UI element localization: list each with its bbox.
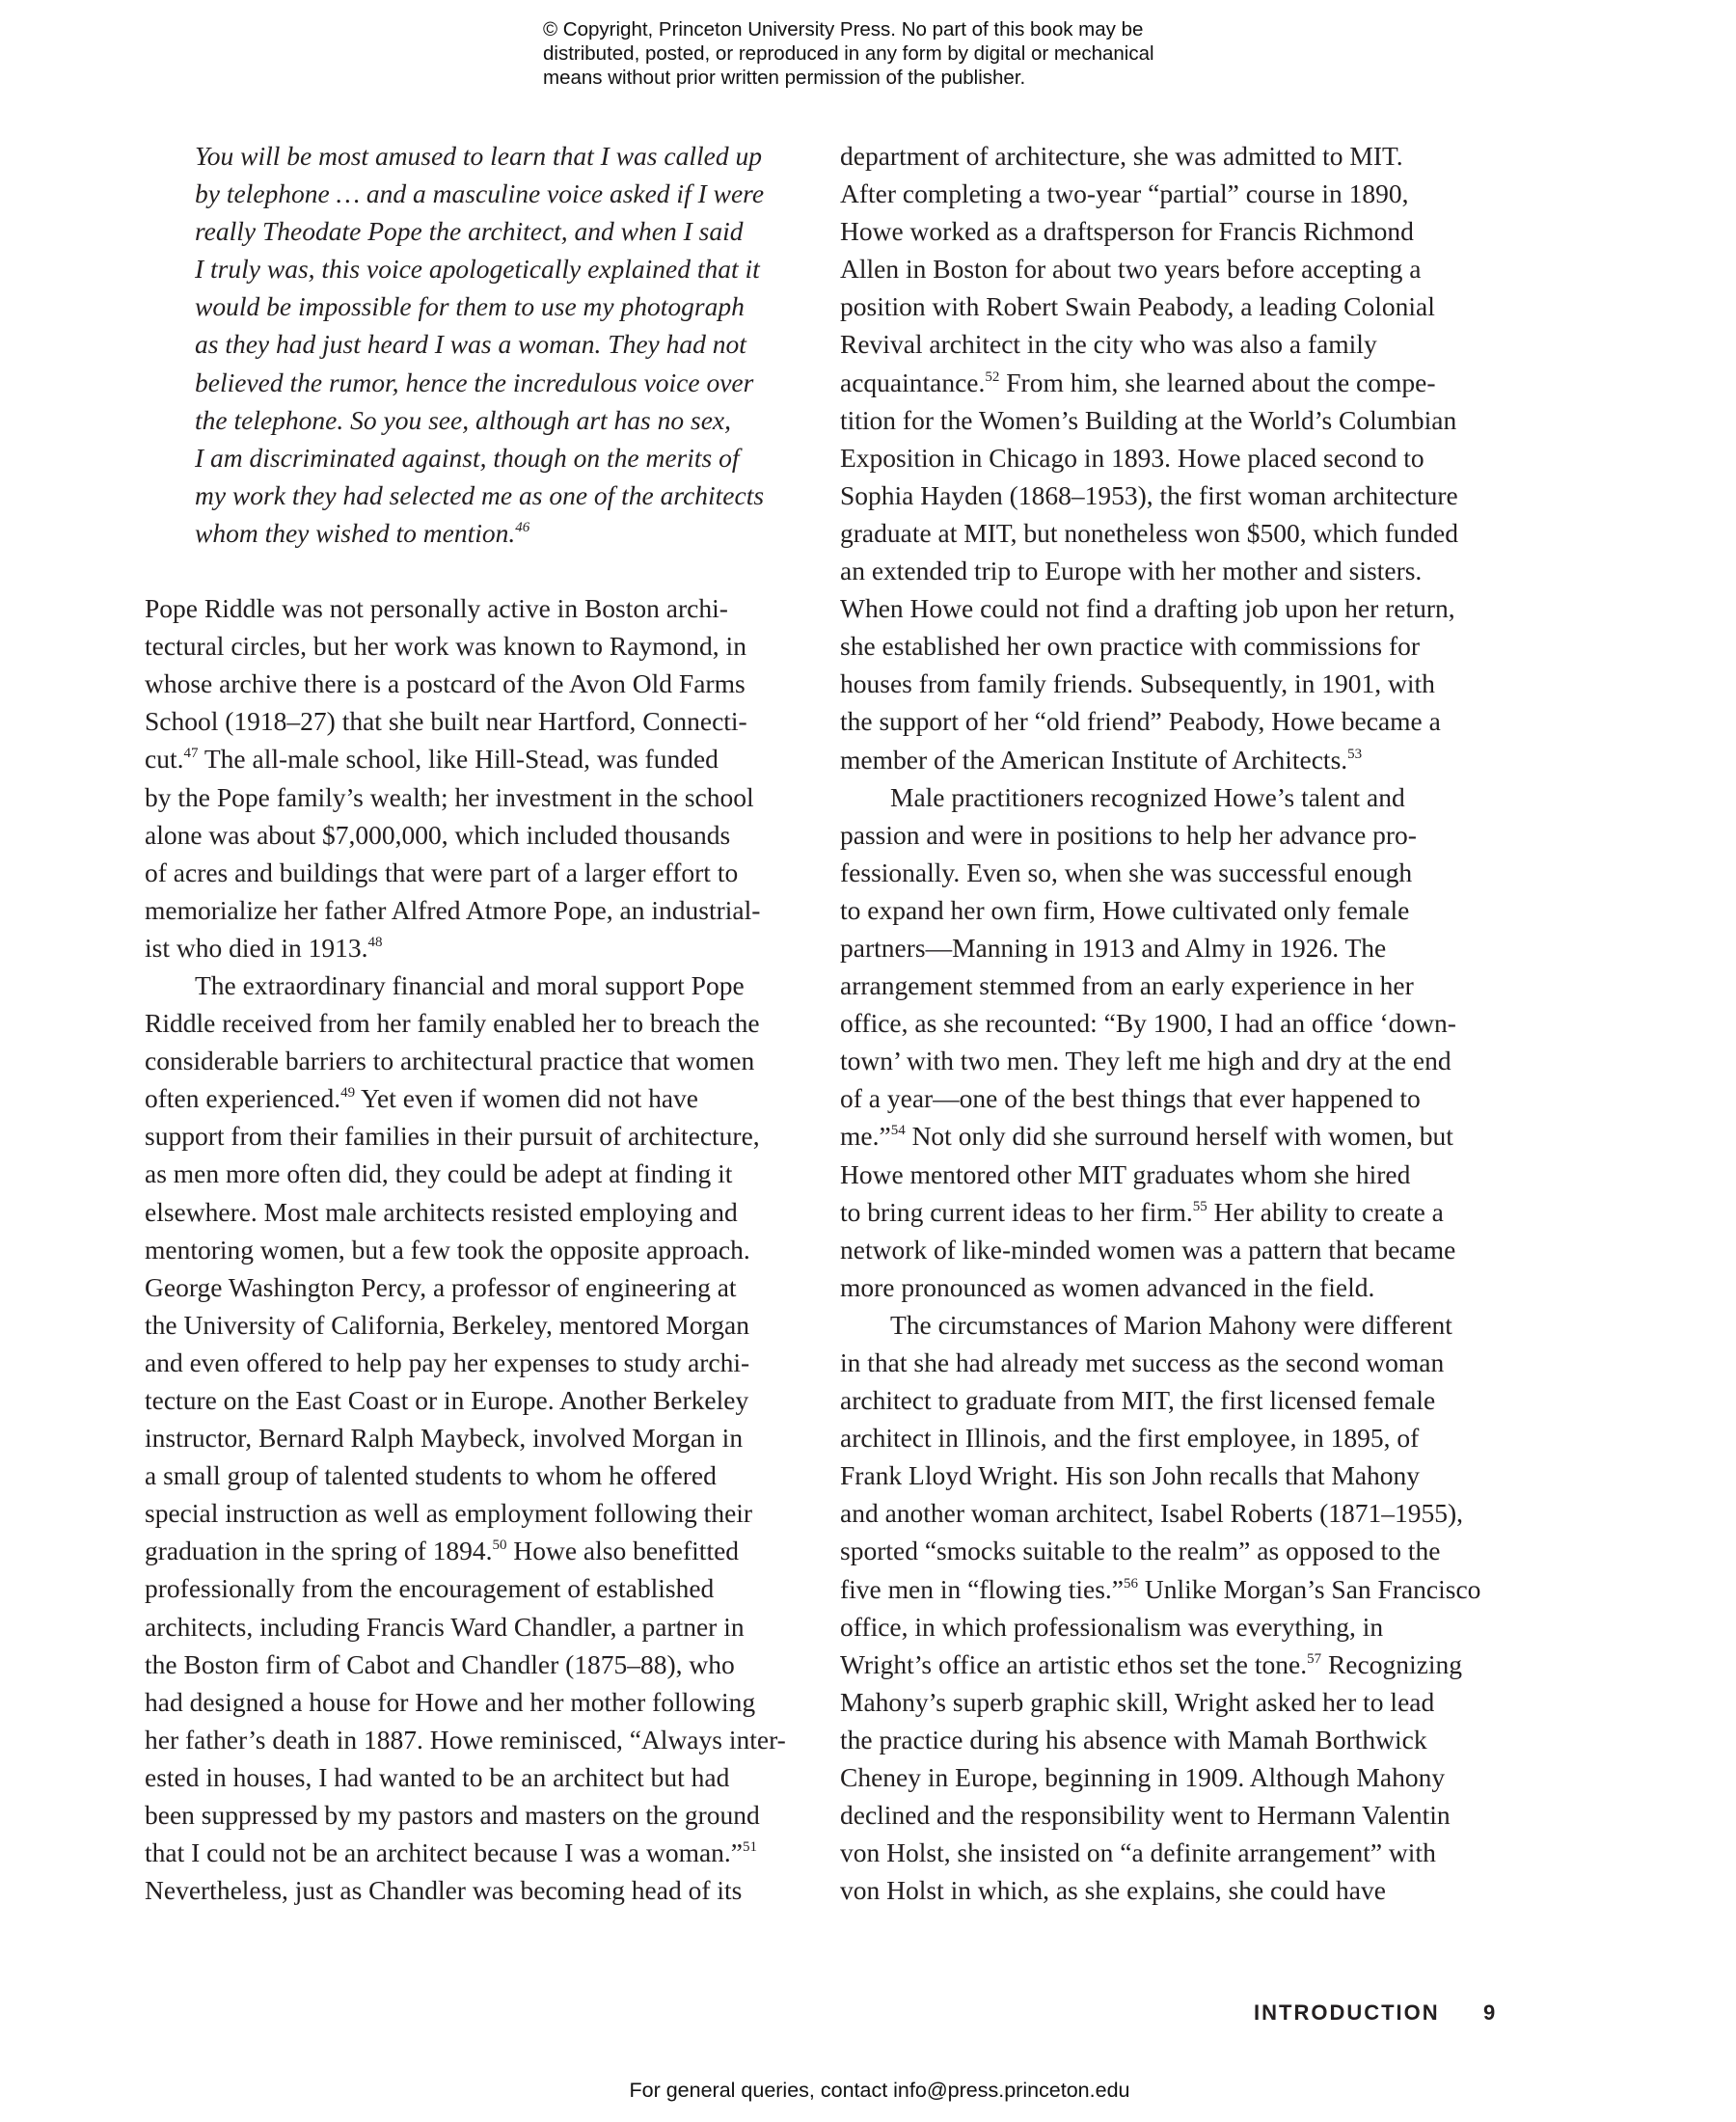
text-line: the support of her “old friend” Peabody,… [840, 702, 1515, 740]
footnote-ref: 51 [743, 1839, 757, 1855]
text-line: mentoring women, but a few took the oppo… [145, 1231, 810, 1268]
text-line: as men more often did, they could be ade… [145, 1155, 810, 1192]
text-line: the practice during his absence with Mam… [840, 1721, 1515, 1758]
paragraph: Male practitioners recognized Howe’s tal… [840, 778, 1515, 1306]
footnote-ref: 53 [1347, 747, 1362, 762]
contact-text: For general queries, contact info@press.… [629, 2079, 1129, 2102]
text-segment: ist who died in 1913. [145, 933, 367, 963]
text-line: to bring current ideas to her firm.55 He… [840, 1193, 1515, 1231]
text-line: professionally from the encouragement of… [145, 1569, 810, 1607]
text-line: instructor, Bernard Ralph Maybeck, invol… [145, 1419, 810, 1456]
text-line: partners—Manning in 1913 and Almy in 192… [840, 929, 1515, 966]
text-line: position with Robert Swain Peabody, a le… [840, 287, 1515, 325]
text-line: von Holst in which, as she explains, she… [840, 1871, 1515, 1909]
text-segment: that I could not be an architect because… [145, 1837, 743, 1867]
text-line: Howe mentored other MIT graduates whom s… [840, 1156, 1515, 1193]
text-line: fessionally. Even so, when she was succe… [840, 854, 1515, 891]
text-line: alone was about $7,000,000, which includ… [145, 816, 810, 854]
text-line: architects, including Francis Ward Chand… [145, 1608, 810, 1646]
text-line: the University of California, Berkeley, … [145, 1306, 810, 1344]
text-line: graduation in the spring of 1894.50 Howe… [145, 1532, 810, 1569]
quote-line: I am discriminated against, though on th… [195, 439, 810, 476]
text-line: me.”54 Not only did she surround herself… [840, 1117, 1515, 1155]
contact-notice: For general queries, contact info@press.… [0, 2079, 1736, 2103]
text-segment: to bring current ideas to her firm. [840, 1197, 1193, 1227]
footnote-ref: 54 [891, 1123, 906, 1138]
text-line: Revival architect in the city who was al… [840, 325, 1515, 363]
text-line: to expand her own firm, Howe cultivated … [840, 891, 1515, 929]
text-line: and even offered to help pay her expense… [145, 1344, 810, 1381]
copyright-notice: © Copyright, Princeton University Press.… [543, 17, 1276, 90]
paragraph: The extraordinary financial and moral su… [145, 966, 810, 1909]
text-line: member of the American Institute of Arch… [840, 741, 1515, 778]
text-line: considerable barriers to architectural p… [145, 1042, 810, 1079]
text-line: had designed a house for Howe and her mo… [145, 1683, 810, 1721]
text-line: an extended trip to Europe with her moth… [840, 552, 1515, 589]
copyright-line: distributed, posted, or reproduced in an… [543, 41, 1276, 66]
text-line: of a year—one of the best things that ev… [840, 1079, 1515, 1117]
copyright-line: means without prior written permission o… [543, 66, 1276, 90]
text-segment: acquaintance. [840, 367, 985, 397]
quote-line: I truly was, this voice apologetically e… [195, 250, 810, 287]
text-line: architect to graduate from MIT, the firs… [840, 1381, 1515, 1419]
text-line: Pope Riddle was not personally active in… [145, 589, 810, 627]
text-line: School (1918–27) that she built near Har… [145, 702, 810, 740]
text-line: Male practitioners recognized Howe’s tal… [840, 778, 1515, 816]
block-quote: You will be most amused to learn that I … [145, 137, 810, 552]
text-line: and another woman architect, Isabel Robe… [840, 1494, 1515, 1532]
text-line: After completing a two-year “partial” co… [840, 175, 1515, 212]
text-line: Mahony’s superb graphic skill, Wright as… [840, 1683, 1515, 1721]
left-column-body: Pope Riddle was not personally active in… [145, 589, 810, 1909]
paragraph: Pope Riddle was not personally active in… [145, 589, 810, 966]
text-line: sported “smocks suitable to the realm” a… [840, 1532, 1515, 1569]
footnote-ref: 50 [493, 1537, 507, 1553]
footnote-ref: 52 [985, 369, 999, 385]
text-segment: often experienced. [145, 1083, 340, 1113]
text-line: tecture on the East Coast or in Europe. … [145, 1381, 810, 1419]
text-line: been suppressed by my pastors and master… [145, 1796, 810, 1834]
quote-spacer [145, 552, 810, 589]
text-line: in that she had already met success as t… [840, 1344, 1515, 1381]
paragraph: The circumstances of Marion Mahony were … [840, 1306, 1515, 1910]
text-line: more pronounced as women advanced in the… [840, 1268, 1515, 1306]
text-line: architect in Illinois, and the first emp… [840, 1419, 1515, 1456]
quote-line: whom they wished to mention.46 [195, 514, 810, 552]
text-line: tition for the Women’s Building at the W… [840, 401, 1515, 439]
quote-line: would be impossible for them to use my p… [195, 287, 810, 325]
text-line: five men in “flowing ties.”56 Unlike Mor… [840, 1570, 1515, 1608]
quote-line: my work they had selected me as one of t… [195, 476, 810, 514]
footnote-ref: 49 [340, 1085, 355, 1101]
text-line: support from their families in their pur… [145, 1117, 810, 1155]
text-line: Howe worked as a draftsperson for Franci… [840, 212, 1515, 250]
text-segment: Yet even if women did not have [355, 1083, 698, 1113]
text-line: The extraordinary financial and moral su… [145, 966, 810, 1004]
text-line: Frank Lloyd Wright. His son John recalls… [840, 1456, 1515, 1494]
text-segment: Wright’s office an artistic ethos set th… [840, 1649, 1307, 1679]
text-line: cut.47 The all-male school, like Hill-St… [145, 740, 810, 777]
text-line: office, in which professionalism was eve… [840, 1608, 1515, 1646]
running-title: INTRODUCTION [1254, 2000, 1440, 2026]
text-line: Allen in Boston for about two years befo… [840, 250, 1515, 287]
text-line: Exposition in Chicago in 1893. Howe plac… [840, 439, 1515, 476]
text-line: von Holst, she insisted on “a definite a… [840, 1834, 1515, 1871]
text-line: often experienced.49 Yet even if women d… [145, 1079, 810, 1117]
text-line: the Boston firm of Cabot and Chandler (1… [145, 1646, 810, 1683]
text-line: The circumstances of Marion Mahony were … [840, 1306, 1515, 1344]
text-line: elsewhere. Most male architects resisted… [145, 1193, 810, 1231]
text-line: Cheney in Europe, beginning in 1909. Alt… [840, 1758, 1515, 1796]
text-line: ested in houses, I had wanted to be an a… [145, 1758, 810, 1796]
text-segment: Not only did she surround herself with w… [906, 1121, 1453, 1151]
text-segment: Her ability to create a [1207, 1197, 1444, 1227]
text-line: George Washington Percy, a professor of … [145, 1268, 810, 1306]
text-line: whose archive there is a postcard of the… [145, 665, 810, 702]
text-segment: five men in “flowing ties.” [840, 1574, 1124, 1604]
text-segment: me.” [840, 1121, 891, 1151]
copyright-line: © Copyright, Princeton University Press.… [543, 17, 1276, 41]
right-column: department of architecture, she was admi… [840, 137, 1515, 1909]
text-segment: Howe also benefitted [507, 1536, 740, 1565]
footnote-ref: 48 [367, 935, 382, 950]
quote-line: really Theodate Pope the architect, and … [195, 212, 810, 250]
text-line: passion and were in positions to help he… [840, 816, 1515, 854]
quote-line: You will be most amused to learn that I … [195, 137, 810, 175]
footnote-ref: 57 [1307, 1651, 1321, 1667]
text-line: houses from family friends. Subsequently… [840, 665, 1515, 702]
paragraph: department of architecture, she was admi… [840, 137, 1515, 778]
footnote-ref: 55 [1193, 1199, 1207, 1214]
quote-line: the telephone. So you see, although art … [195, 401, 810, 439]
text-line: memorialize her father Alfred Atmore Pop… [145, 891, 810, 929]
text-line: by the Pope family’s wealth; her investm… [145, 778, 810, 816]
text-segment: The all-male school, like Hill-Stead, wa… [198, 744, 718, 774]
quote-line: by telephone … and a masculine voice ask… [195, 175, 810, 212]
page-number: 9 [1483, 2000, 1495, 2026]
text-line: Nevertheless, just as Chandler was becom… [145, 1871, 810, 1909]
text-line: ist who died in 1913.48 [145, 929, 810, 966]
text-segment: graduation in the spring of 1894. [145, 1536, 493, 1565]
text-segment: cut. [145, 744, 183, 774]
text-line: her father’s death in 1887. Howe reminis… [145, 1721, 810, 1758]
text-line: network of like-minded women was a patte… [840, 1231, 1515, 1268]
text-line: she established her own practice with co… [840, 627, 1515, 665]
text-line: When Howe could not find a drafting job … [840, 589, 1515, 627]
text-segment: whom they wished to mention. [195, 518, 515, 548]
text-segment: From him, she learned about the compe- [999, 367, 1435, 397]
text-line: Sophia Hayden (1868–1953), the first wom… [840, 476, 1515, 514]
text-line: Wright’s office an artistic ethos set th… [840, 1646, 1515, 1683]
text-line: arrangement stemmed from an early experi… [840, 966, 1515, 1004]
text-line: tectural circles, but her work was known… [145, 627, 810, 665]
text-segment: Unlike Morgan’s San Francisco [1138, 1574, 1480, 1604]
footnote-ref: 47 [183, 746, 198, 761]
quote-line: believed the rumor, hence the incredulou… [195, 364, 810, 401]
text-line: of acres and buildings that were part of… [145, 854, 810, 891]
text-line: town’ with two men. They left me high an… [840, 1042, 1515, 1079]
right-column-body: department of architecture, she was admi… [840, 137, 1515, 1909]
text-line: declined and the responsibility went to … [840, 1796, 1515, 1834]
text-line: a small group of talented students to wh… [145, 1456, 810, 1494]
text-segment: member of the American Institute of Arch… [840, 745, 1347, 775]
text-line: office, as she recounted: “By 1900, I ha… [840, 1004, 1515, 1042]
text-line: that I could not be an architect because… [145, 1834, 810, 1871]
text-line: graduate at MIT, but nonetheless won $50… [840, 514, 1515, 552]
footnote-ref: 46 [515, 520, 529, 535]
quote-line: as they had just heard I was a woman. Th… [195, 325, 810, 363]
text-segment: Recognizing [1321, 1649, 1462, 1679]
text-line: special instruction as well as employmen… [145, 1494, 810, 1532]
text-line: Riddle received from her family enabled … [145, 1004, 810, 1042]
text-line: department of architecture, she was admi… [840, 137, 1515, 175]
text-line: acquaintance.52 From him, she learned ab… [840, 364, 1515, 401]
footnote-ref: 56 [1124, 1576, 1138, 1591]
left-column: You will be most amused to learn that I … [145, 137, 810, 1909]
